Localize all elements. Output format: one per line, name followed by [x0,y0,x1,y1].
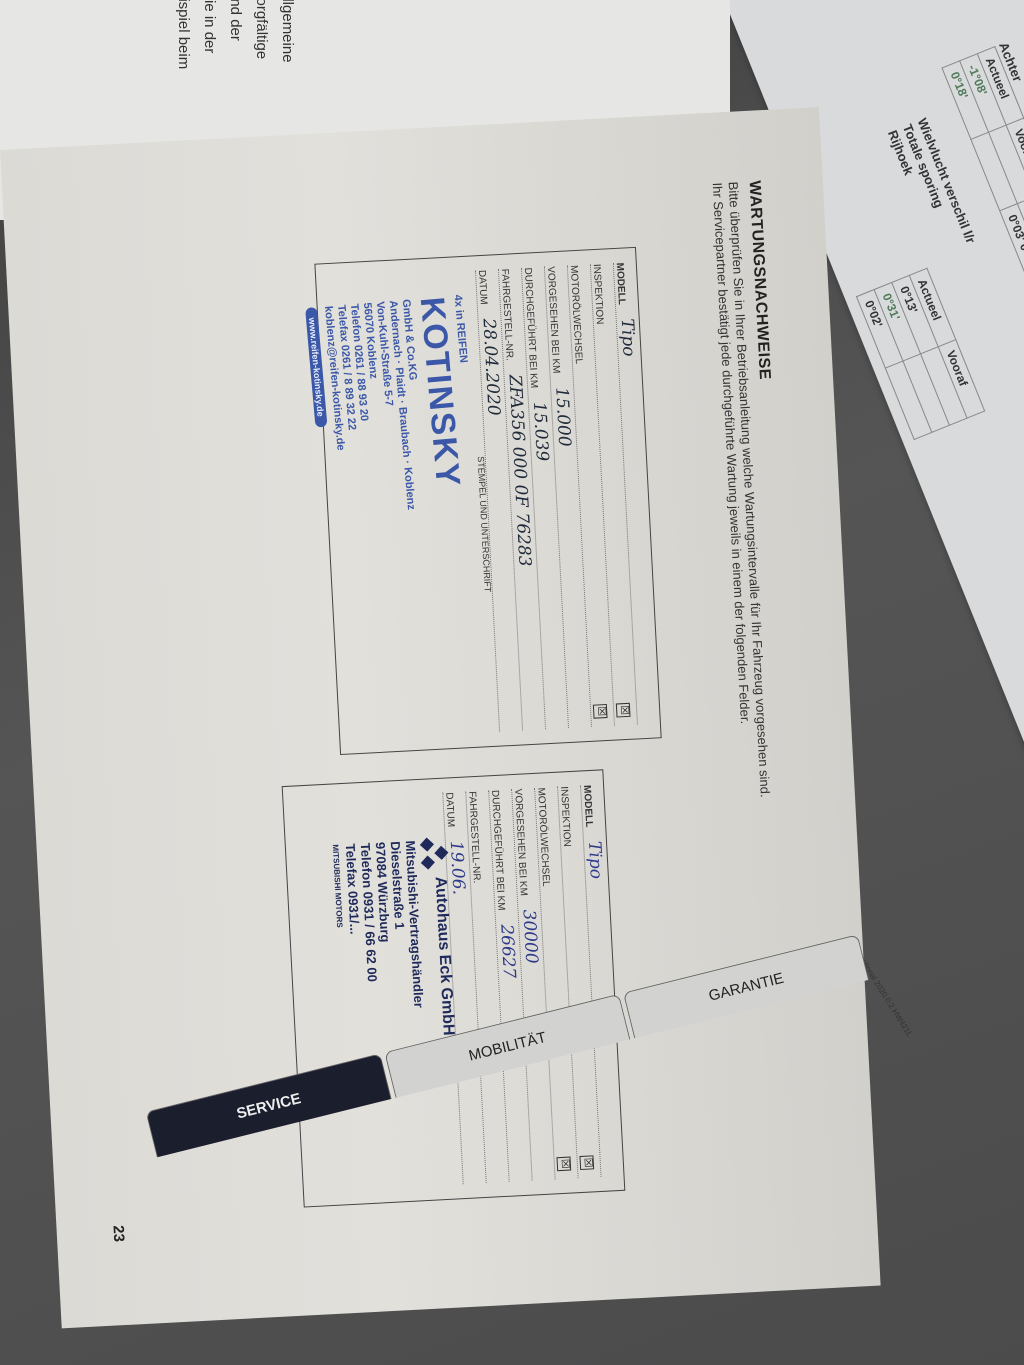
booklet-page: WARTUNGSNACHWEISE Bitte überprüfen Sie i… [0,107,881,1328]
service-record-2: MODELLTipo INSPEKTION☒ MOTORÖLWECHSEL☒ V… [282,769,626,1207]
dealer-stamp-kotinsky: 4x in REIFEN KOTINSKY GmbH & Co.KG Ander… [303,294,482,517]
value-durchgefuehrt-km: 26627 [496,924,519,979]
value-modell: Tipo [617,318,639,357]
value-vorgesehen-km: 30000 [518,909,541,964]
text-line: eispiel beim [170,0,196,69]
service-record-1: MODELLTipo INSPEKTION☒ MOTORÖLWECHSEL☒ V… [314,247,661,755]
cell: 0°03' 0°1... [1000,204,1024,283]
label-inspektion: INSPEKTION [591,264,605,325]
text-line: sorgfältige [248,0,274,69]
label-modell: MODELL [614,262,627,305]
value-datum: 28.04.2020 [479,318,504,416]
motoroel-checkbox[interactable]: ☒ [556,1157,571,1172]
value-vorgesehen-km: 15.000 [551,387,574,447]
label-datum: DATUM [476,270,489,305]
dealer-stamp-eck: Autohaus Eck GmbH Mitsubishi-Vertragshän… [328,839,456,1042]
previous-page-text: allgemeine sorgfältige und der Sie in de… [170,0,300,69]
value-durchgefuehrt-km: 15.039 [529,401,552,461]
inspektion-checkbox[interactable]: ☒ [616,703,631,718]
mitsubishi-logo-icon [418,839,447,868]
label-inspektion: INSPEKTION [558,786,572,847]
text-line: Sie in der [196,0,222,69]
text-line: allgemeine [274,0,300,69]
page-number: 23 [109,1225,127,1243]
inspektion-checkbox[interactable]: ☒ [579,1155,594,1170]
value-modell: Tipo [584,841,606,880]
label-modell: MODELL [581,785,594,828]
motoroel-checkbox[interactable]: ☒ [593,704,608,719]
text-line: und der [222,0,248,69]
label-datum: DATUM [443,792,456,827]
